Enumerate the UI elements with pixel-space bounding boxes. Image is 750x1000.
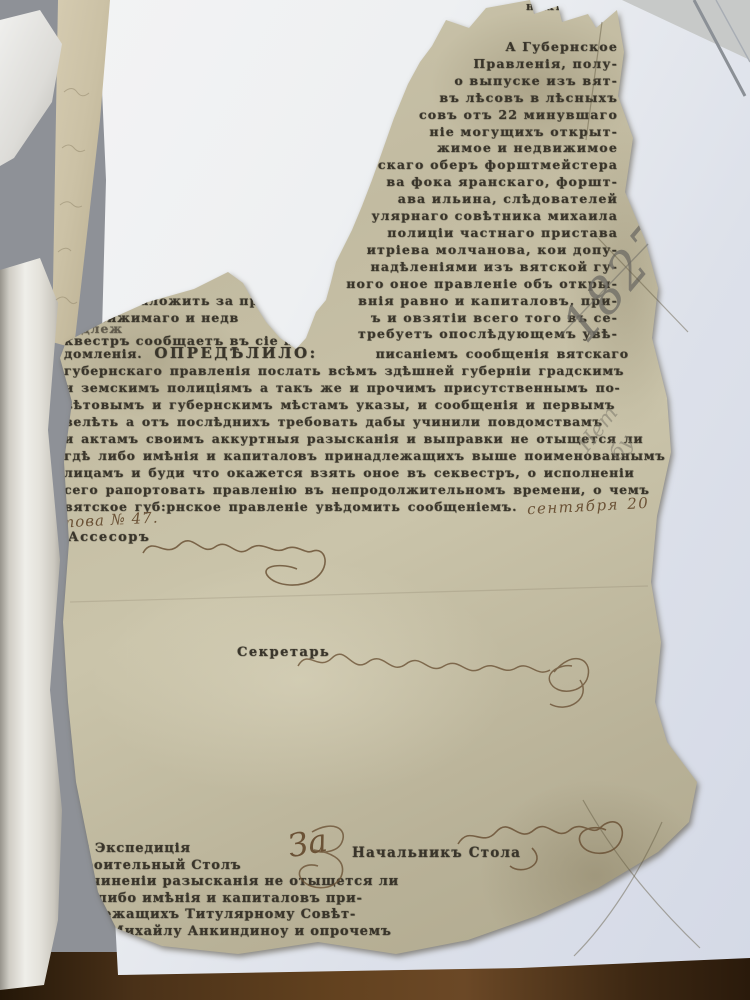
printed-line: сего рапортовать правленію въ непродолжи… (64, 481, 629, 498)
printed-line: ава ильина, слѣдователей (330, 191, 618, 208)
printed-line: А Губернское (330, 39, 618, 56)
case-line: О учиненіи разысканія не отыщется ли (64, 874, 399, 891)
assessor-label: Ассесоръ (68, 530, 150, 545)
torn-flap-fragment: тіе сло (100, 276, 157, 291)
case-line: нику Михайлу Анкиндиноу и опрочемъ (64, 924, 399, 941)
printed-line: и земскимъ полиціямъ а такъ же и прочимъ… (64, 379, 629, 396)
printed-line: велѣть а отъ послѣднихъ требовать дабы у… (64, 413, 629, 430)
printed-line: надѣленіями изъ вятской гу- (330, 259, 618, 276)
head-of-desk-label: Начальникъ Стола (352, 845, 521, 861)
printed-line: жимое и недвижимое (330, 140, 618, 157)
printed-line: въ лѣсовъ в лѣсныхъ (330, 90, 618, 107)
printed-line: лицамъ и буди что окажется взять оное въ… (64, 464, 629, 481)
archival-photo: ныхъ канц А Губернское Правленія, полу- … (0, 0, 750, 1000)
torn-document: ныхъ канц А Губернское Правленія, полу- … (0, 0, 750, 1000)
printed-line: Правленія, полу- (330, 56, 618, 73)
printed-line: скаго оберъ форштмейстера (330, 157, 618, 174)
printed-line: совъ отъ 22 минувшаго (330, 107, 618, 124)
printed-word: домленія. (64, 346, 142, 361)
paper-stain (480, 780, 710, 970)
printed-line: ніе могущихъ открыт- (330, 124, 618, 141)
printed-line: ва фока яранскаго, форшт- (330, 174, 618, 191)
printed-line: губернскаго правленія послать всѣмъ здѣш… (64, 362, 629, 379)
document-paper: ныхъ канц А Губернское Правленія, полу- … (0, 0, 750, 1000)
printed-line: домленія.ОПРЕДѢЛИЛО:писаніемъ сообщенія … (64, 345, 629, 362)
case-line: надлежащихъ Титулярному Совѣт- (64, 907, 399, 924)
torn-flap-fragment: наложить за пре (130, 293, 268, 308)
printed-line: о выпуске изъ вят- (330, 73, 618, 90)
case-reference-block: 4 й Экспедиція Строительный Столъ О учин… (64, 841, 399, 941)
case-line: гдѣ либо имѣнія и капиталовъ при- (64, 891, 399, 908)
handwritten-number-note: това № 47. (60, 508, 159, 531)
printed-line: улярнаго совѣтника михаила (330, 208, 618, 225)
secretary-label: Секретарь (237, 645, 330, 660)
resolution-body-text: домленія.ОПРЕДѢЛИЛО:писаніемъ сообщенія … (64, 345, 629, 515)
paper-highlight (90, 560, 510, 800)
printed-line: итріева молчанова, кои допу- (330, 242, 618, 259)
printed-line: полиціи частнаго пристава (330, 225, 618, 242)
printed-line: вѣтовымъ и губернскимъ мѣстамъ указы, и … (64, 396, 629, 413)
handwritten-date-note: сентября 20 (527, 495, 650, 518)
printed-line: гдѣ либо имѣнія и капиталовъ принадлежащ… (64, 447, 629, 464)
resolution-word: ОПРЕДѢЛИЛО: (154, 344, 317, 362)
top-torn-text-fragment: ныхъ канц (526, 0, 604, 13)
handwritten-za: За (285, 821, 330, 865)
expedition-line: 4 й Экспедиція (64, 841, 399, 858)
printed-line: и актамъ своимъ аккуртныя разысканія и в… (64, 430, 629, 447)
desk-line: Строительный Столъ (64, 858, 399, 875)
